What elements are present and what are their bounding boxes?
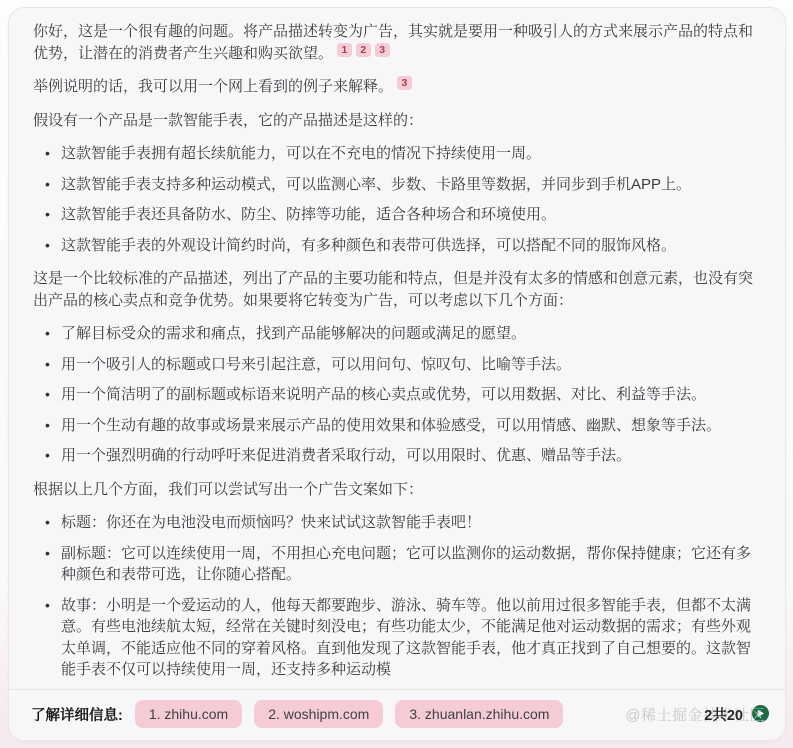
list-item: 用一个简洁明了的副标题或标语来说明产品的核心卖点或优势，可以用数据、对比、利益等… <box>43 384 765 406</box>
learn-more-label: 了解详细信息: <box>31 704 123 725</box>
list-item-text: 故事：小明是一个爱运动的人，他每天都要跑步、游泳、骑车等。他以前用过很多智能手表… <box>61 597 751 679</box>
list-item: 标题：你还在为电池没电而烦恼吗？快来试试这款智能手表吧！ <box>43 512 765 534</box>
paragraph-product-lead: 假设有一个产品是一款智能手表，它的产品描述是这样的： <box>33 110 765 132</box>
paragraph-copy-lead: 根据以上几个方面，我们可以尝试写出一个广告文案如下： <box>33 479 765 501</box>
list-item: 用一个吸引人的标题或口号来引起注意，可以用问句、惊叹句、比喻等手法。 <box>43 354 765 376</box>
list-item: 故事：小明是一个爱运动的人，他每天都要跑步、游泳、骑车等。他以前用过很多智能手表… <box>43 595 765 681</box>
source-link-zhihu[interactable]: 1. zhihu.com <box>135 700 242 728</box>
list-item: 这款智能手表拥有超长续航能力，可以在不充电的情况下持续使用一周。 <box>43 143 765 165</box>
ad-copy-list: 标题：你还在为电池没电而烦恼吗？快来试试这款智能手表吧！ 副标题：它可以连续使用… <box>33 512 765 681</box>
list-item-text: 这款智能手表支持多种运动模式，可以监测心率、步数、卡路里等数据，并同步到手机AP… <box>61 176 691 193</box>
source-link-zhuanlan[interactable]: 3. zhuanlan.zhihu.com <box>395 700 563 728</box>
paragraph-intro: 你好，这是一个很有趣的问题。将产品描述转变为广告，其实就是要用一种吸引人的方式来… <box>33 21 765 64</box>
page-indicator: 2共20 <box>704 704 743 725</box>
product-description-list: 这款智能手表拥有超长续航能力，可以在不充电的情况下持续使用一周。 这款智能手表支… <box>33 143 765 256</box>
paragraph-example: 举例说明的话，我可以用一个网上看到的例子来解释。3 <box>33 76 765 98</box>
list-item-text: 这款智能手表拥有超长续航能力，可以在不充电的情况下持续使用一周。 <box>61 145 541 162</box>
footer-right-group: @稀土掘金技术社区 2共20 <box>601 702 771 726</box>
citation-badge-1[interactable]: 1 <box>337 43 352 57</box>
list-item-text: 用一个强烈明确的行动呼吁来促进消费者采取行动，可以用限时、优惠、赠品等手法。 <box>61 447 631 464</box>
watermark: @稀土掘金技术社区 <box>625 704 771 725</box>
list-item-text: 这款智能手表还具备防水、防尘、防摔等功能，适合各种场合和环境使用。 <box>61 206 556 223</box>
list-item-text: 了解目标受众的需求和痛点，找到产品能够解决的问题或满足的愿望。 <box>61 325 526 342</box>
list-item: 副标题：它可以连续使用一周，不用担心充电问题；它可以监测你的运动数据，帮你保持健… <box>43 543 765 586</box>
list-item: 用一个强烈明确的行动呼吁来促进消费者采取行动，可以用限时、优惠、赠品等手法。 <box>43 445 765 467</box>
citation-badge-3b[interactable]: 3 <box>397 76 412 90</box>
citation-badge-2[interactable]: 2 <box>356 43 371 57</box>
citation-badge-3[interactable]: 3 <box>375 43 390 57</box>
chat-response-card: 你好，这是一个很有趣的问题。将产品描述转变为广告，其实就是要用一种吸引人的方式来… <box>8 7 786 741</box>
ad-tips-list: 了解目标受众的需求和痛点，找到产品能够解决的问题或满足的愿望。 用一个吸引人的标… <box>33 323 765 467</box>
list-item: 这款智能手表的外观设计简约时尚，有多种颜色和表带可供选择，可以搭配不同的服饰风格… <box>43 235 765 257</box>
paragraph-analysis: 这是一个比较标准的产品描述，列出了产品的主要功能和特点，但是并没有太多的情感和创… <box>33 268 765 311</box>
response-content: 你好，这是一个很有趣的问题。将产品描述转变为广告，其实就是要用一种吸引人的方式来… <box>9 8 785 689</box>
list-item: 这款智能手表还具备防水、防尘、防摔等功能，适合各种场合和环境使用。 <box>43 204 765 226</box>
paragraph-text: 举例说明的话，我可以用一个网上看到的例子来解释。 <box>33 78 393 95</box>
list-item-text: 副标题：它可以连续使用一周，不用担心充电问题；它可以监测你的运动数据，帮你保持健… <box>61 545 751 584</box>
paragraph-text: 你好，这是一个很有趣的问题。将产品描述转变为广告，其实就是要用一种吸引人的方式来… <box>33 23 753 62</box>
list-item-text: 这款智能手表的外观设计简约时尚，有多种颜色和表带可供选择，可以搭配不同的服饰风格… <box>61 237 676 254</box>
list-item: 这款智能手表支持多种运动模式，可以监测心率、步数、卡路里等数据，并同步到手机AP… <box>43 174 765 196</box>
list-item: 了解目标受众的需求和痛点，找到产品能够解决的问题或满足的愿望。 <box>43 323 765 345</box>
list-item-text: 用一个简洁明了的副标题或标语来说明产品的核心卖点或优势，可以用数据、对比、利益等… <box>61 386 706 403</box>
sources-footer: 了解详细信息: 1. zhihu.com 2. woshipm.com 3. z… <box>9 689 785 740</box>
source-link-woshipm[interactable]: 2. woshipm.com <box>254 700 383 728</box>
list-item-text: 用一个生动有趣的故事或场景来展示产品的使用效果和体验感受，可以用情感、幽默、想象… <box>61 417 721 434</box>
list-item-text: 用一个吸引人的标题或口号来引起注意，可以用问句、惊叹句、比喻等手法。 <box>61 356 571 373</box>
list-item: 用一个生动有趣的故事或场景来展示产品的使用效果和体验感受，可以用情感、幽默、想象… <box>43 415 765 437</box>
list-item-text: 标题：你还在为电池没电而烦恼吗？快来试试这款智能手表吧！ <box>61 514 481 531</box>
